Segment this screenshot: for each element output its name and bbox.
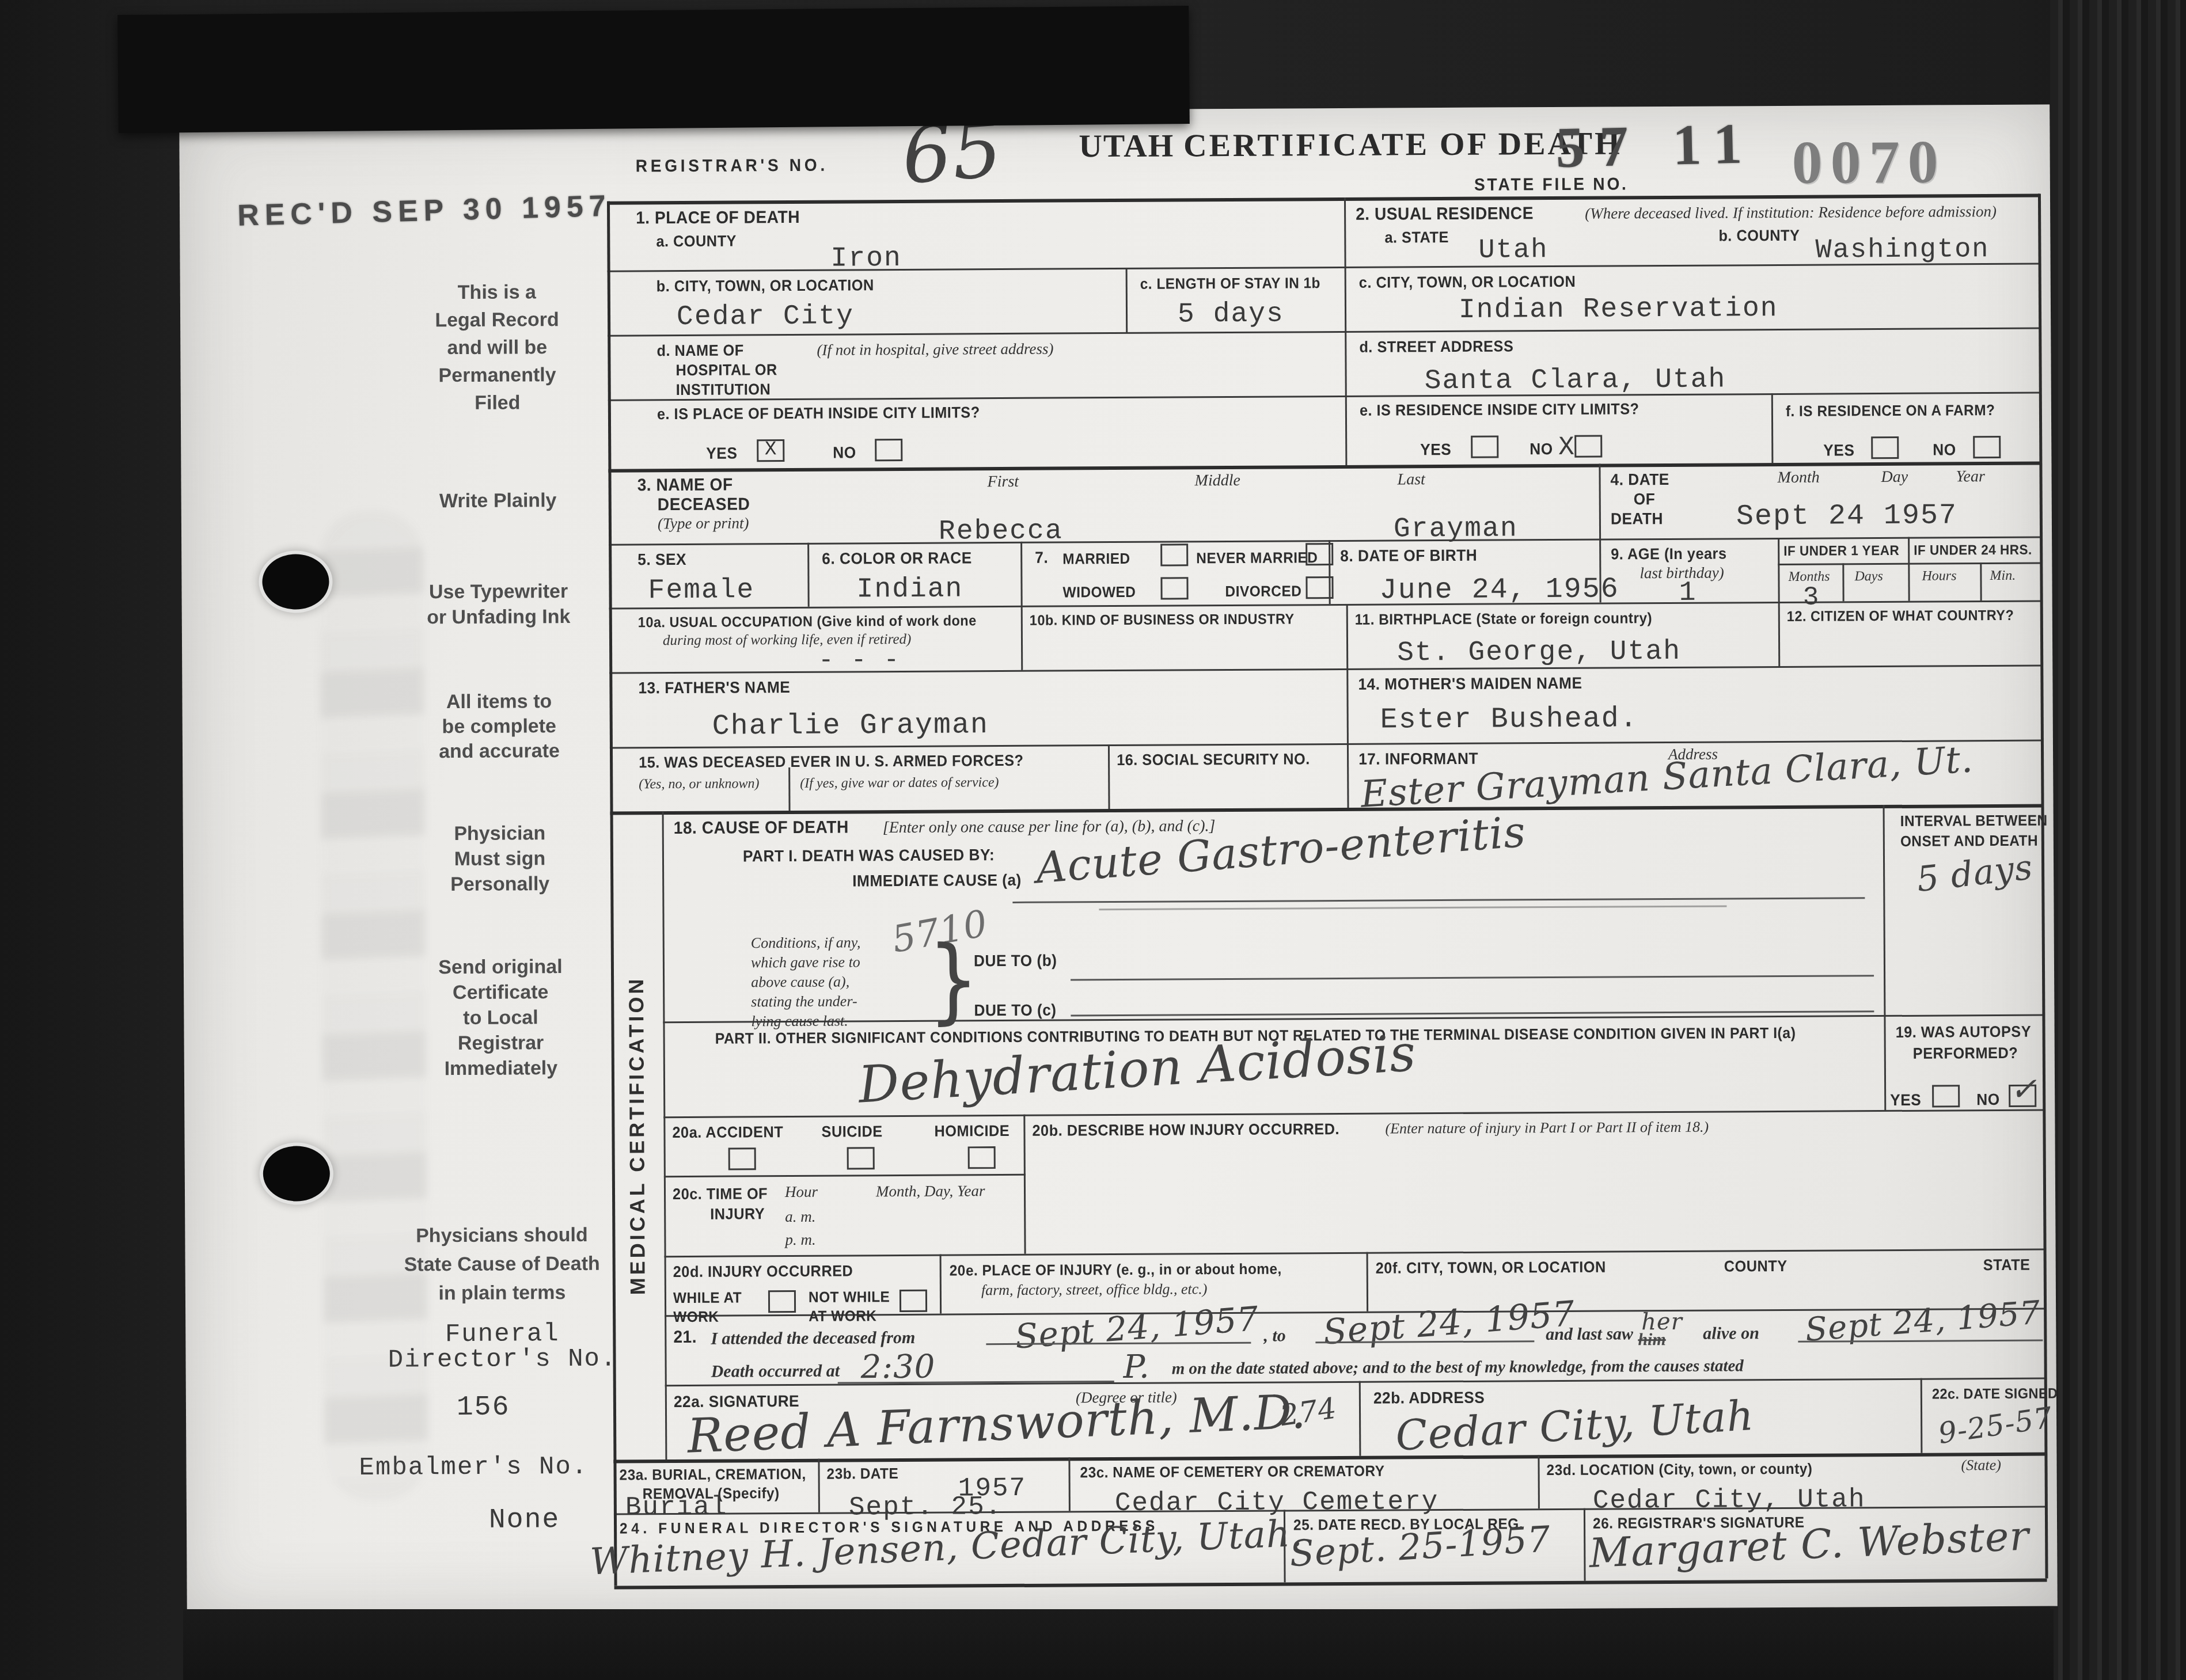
- s11-label: 11. BIRTHPLACE (State or foreign country…: [1355, 609, 1652, 629]
- s20f-county: COUNTY: [1724, 1257, 1787, 1276]
- s4-year-label: Year: [1956, 467, 1984, 486]
- s22c-label: 22c. DATE SIGNED: [1932, 1385, 2058, 1402]
- s18-title: 18. CAUSE OF DEATH: [674, 818, 849, 838]
- s19-yes-checkbox: [1932, 1085, 1960, 1107]
- s2c-label: c. CITY, TOWN, OR LOCATION: [1359, 273, 1576, 292]
- s3-title2: DECEASED: [658, 495, 750, 515]
- s20b-note: (Enter nature of injury in Part I or Par…: [1385, 1119, 1709, 1138]
- s2d-value: Santa Clara, Utah: [1425, 364, 1726, 397]
- s1d-label2: HOSPITAL OR: [675, 361, 777, 379]
- s2f-label: f. IS RESIDENCE ON A FARM?: [1786, 401, 1995, 420]
- s23a-label1: 23a. BURIAL, CREMATION,: [619, 1465, 806, 1484]
- s1c-label: c. LENGTH OF STAY IN 1b: [1140, 274, 1320, 293]
- s21-to: , to: [1263, 1326, 1286, 1345]
- s20a-homicide-checkbox: [968, 1146, 996, 1169]
- s2d-label: d. STREET ADDRESS: [1359, 337, 1513, 356]
- s4-day-label: Day: [1881, 468, 1908, 486]
- s9-value: 1: [1679, 577, 1697, 609]
- s20c-mdy: Month, Day, Year: [876, 1182, 985, 1200]
- s15-label: 15. WAS DECEASED EVER IN U. S. ARMED FOR…: [639, 752, 1024, 771]
- s19-label1: 19. WAS AUTOPSY: [1896, 1023, 2032, 1042]
- s2e-no: NO: [1530, 440, 1553, 458]
- s13-value: Charlie Grayman: [712, 709, 989, 743]
- s1b-label: b. CITY, TOWN, OR LOCATION: [656, 276, 874, 295]
- s2-title-note: (Where deceased lived. If institution: R…: [1585, 203, 1997, 223]
- s20c-label1: 20c. TIME OF: [673, 1185, 768, 1203]
- s3-middle-label: Middle: [1194, 472, 1240, 490]
- s10a-label1: 10a. USUAL OCCUPATION (Give kind of work…: [638, 613, 977, 631]
- s20f-label: 20f. CITY, TOWN, OR LOCATION: [1376, 1259, 1606, 1278]
- book-spine-right: [2050, 0, 2186, 1680]
- s2-title: 2. USUAL RESIDENCE: [1356, 204, 1534, 225]
- s1d-label3: INSTITUTION: [676, 381, 771, 399]
- s4-value: Sept 24 1957: [1736, 499, 1957, 533]
- state-file-no-handwritten: 57 11: [1555, 110, 1758, 181]
- s21-line2b: m on the date stated above; and to the b…: [1172, 1356, 1744, 1378]
- s22c-value: 9-25-57: [1936, 1401, 2055, 1450]
- s20c-hour: Hour: [785, 1183, 818, 1201]
- s9-under1-label: IF UNDER 1 YEAR: [1783, 543, 1899, 560]
- s18-conditions: Conditions, if any, which gave rise to a…: [751, 933, 862, 1031]
- s1b-value: Cedar City: [677, 301, 854, 333]
- s21-line1c: alive on: [1703, 1324, 1759, 1344]
- s21-line1b: and last saw: [1546, 1324, 1633, 1344]
- s12-label: 12. CITIZEN OF WHAT COUNTRY?: [1787, 607, 2014, 625]
- s19-no: NO: [1976, 1090, 2000, 1109]
- s6-label: 6. COLOR OR RACE: [822, 549, 972, 568]
- scanned-death-certificate: REC'D SEP 30 1957 This is a Legal Record…: [0, 0, 2186, 1680]
- s20a-suicide: SUICIDE: [821, 1123, 882, 1141]
- s20d-while-checkbox: [768, 1290, 796, 1313]
- s3-first-value: Rebecca: [939, 515, 1063, 547]
- bottom-shadow: [183, 1609, 2054, 1680]
- s20d-notwhile2: AT WORK: [809, 1307, 876, 1325]
- s10b-label: 10b. KIND OF BUSINESS OR INDUSTRY: [1030, 611, 1295, 629]
- s5-label: 5. SEX: [637, 550, 686, 569]
- s6-value: Indian: [856, 573, 963, 605]
- s1a-value: Iron: [830, 243, 901, 275]
- received-date-stamp: REC'D SEP 30 1957: [237, 189, 612, 233]
- punch-hole-top: [262, 554, 329, 610]
- s20a-accident-checkbox: [728, 1147, 756, 1170]
- s20d-notwhile-checkbox: [900, 1290, 927, 1312]
- s20e-label2: farm, factory, street, office bldg., etc…: [981, 1280, 1208, 1299]
- s23d-value: Cedar City, Utah: [1593, 1484, 1866, 1515]
- s3-last-label: Last: [1397, 470, 1425, 489]
- s20a-homicide: HOMICIDE: [934, 1122, 1009, 1141]
- show-through-smudge: [320, 510, 428, 1501]
- s20d-while1: WHILE AT: [673, 1288, 742, 1307]
- s7-divorced: DIVORCED: [1225, 582, 1301, 600]
- s7-divorced-checkbox: [1305, 576, 1333, 599]
- s4-title2: OF: [1634, 490, 1656, 508]
- form-title: UTAH CERTIFICATE OF DEATH: [1079, 125, 1622, 165]
- s3-title1: 3. NAME OF: [637, 475, 733, 495]
- s18-immediate: IMMEDIATE CAUSE (a): [852, 871, 1022, 891]
- s4-title1: 4. DATE: [1610, 470, 1669, 489]
- s2b-label: b. COUNTY: [1718, 227, 1800, 245]
- s4-title3: DEATH: [1611, 510, 1663, 528]
- s18-part1: PART I. DEATH WAS CAUSED BY:: [743, 846, 995, 865]
- s1d-label1: d. NAME OF: [656, 341, 744, 360]
- s23d-label: 23d. LOCATION (City, town, or county): [1546, 1460, 1812, 1479]
- s1e-no-checkbox: [875, 439, 902, 461]
- s21-line2a: Death occurred at: [711, 1362, 840, 1382]
- certificate-paper: REC'D SEP 30 1957 This is a Legal Record…: [179, 105, 2058, 1616]
- s20c-label2: INJURY: [710, 1205, 765, 1223]
- s2e-no-checkbox: [1574, 435, 1602, 458]
- s20e-label1: 20e. PLACE OF INJURY (e. g., in or about…: [950, 1260, 1282, 1280]
- s7-never-married-checkbox: [1305, 543, 1333, 565]
- s15-note1: (Yes, no, or unknown): [639, 776, 759, 792]
- registrars-no-label: REGISTRAR'S NO.: [636, 156, 828, 177]
- note-write-plainly: Write Plainly: [377, 486, 619, 515]
- s20d-label: 20d. INJURY OCCURRED: [673, 1262, 853, 1281]
- s20d-while2: WORK: [673, 1308, 719, 1326]
- s1c-value: 5 days: [1178, 298, 1284, 330]
- s4-month-label: Month: [1777, 469, 1819, 487]
- s13-label: 13. FATHER'S NAME: [638, 678, 790, 697]
- overlay-dark-sheet: [117, 6, 1190, 133]
- s16-label: 16. SOCIAL SECURITY NO.: [1117, 750, 1310, 769]
- s2b-value: Washington: [1815, 234, 1989, 266]
- note-legal-record: This is a Legal Record and will be Perma…: [376, 278, 618, 417]
- s2e-yes: YES: [1420, 440, 1451, 459]
- s21-num: 21.: [673, 1328, 697, 1347]
- s7-never-married: NEVER MARRIED: [1196, 549, 1318, 567]
- punch-hole-bottom: [263, 1146, 331, 1202]
- s7-married: MARRIED: [1062, 550, 1130, 568]
- s2e-label: e. IS RESIDENCE INSIDE CITY LIMITS?: [1360, 400, 1639, 420]
- s21-time: 2:30: [860, 1348, 935, 1386]
- s1d-note: (If not in hospital, give street address…: [817, 340, 1053, 359]
- s9-hours-label: Hours: [1922, 568, 1956, 584]
- s21-date2: Sept 24, 1957: [1322, 1294, 1576, 1353]
- s21-p: P.: [1123, 1348, 1149, 1386]
- s9-min-label: Min.: [1990, 568, 2016, 584]
- s11-value: St. George, Utah: [1397, 636, 1681, 669]
- state-file-no-stamped: 0070: [1792, 127, 1946, 197]
- s7-widowed-checkbox: [1160, 577, 1188, 599]
- s3-first-label: First: [987, 473, 1019, 491]
- s23d-state-label: (State): [1961, 1457, 2001, 1474]
- s20d-notwhile1: NOT WHILE: [809, 1288, 890, 1306]
- s2c-value: Indian Reservation: [1459, 293, 1778, 326]
- s15-note2: (If yes, give war or dates of service): [800, 775, 999, 792]
- s20f-state: STATE: [1983, 1256, 2031, 1274]
- s2f-no-checkbox: [1973, 436, 2001, 458]
- s23a-value: Burial: [625, 1492, 728, 1523]
- funeral-director-no-value: 156: [457, 1392, 510, 1423]
- s21-date1: Sept 24, 1957: [1014, 1299, 1260, 1356]
- s9-under24-label: IF UNDER 24 HRS.: [1914, 542, 2032, 559]
- s1e-yes: YES: [706, 444, 737, 462]
- s18-interval-value: 5 days: [1915, 847, 2035, 900]
- s2e-no-x: X: [1558, 432, 1576, 462]
- s2a-value: Utah: [1478, 235, 1548, 266]
- s19-yes: YES: [1890, 1091, 1921, 1109]
- s20a-suicide-checkbox: [847, 1147, 875, 1169]
- form-title-state: UTAH: [1079, 128, 1174, 164]
- s9-days-label: Days: [1854, 569, 1883, 584]
- s23c-label: 23c. NAME OF CEMETERY OR CREMATORY: [1080, 1462, 1384, 1482]
- s1-title: 1. PLACE OF DEATH: [636, 208, 800, 228]
- s17-label: 17. INFORMANT: [1358, 750, 1478, 769]
- s14-label: 14. MOTHER'S MAIDEN NAME: [1358, 674, 1582, 694]
- s21-line1a: I attended the deceased from: [711, 1328, 915, 1349]
- s2f-no: NO: [1933, 440, 1956, 459]
- s14-value: Ester Bushead.: [1380, 702, 1638, 736]
- s10a-value: - - -: [818, 646, 900, 675]
- s23b-label: 23b. DATE: [826, 1465, 898, 1483]
- s3-last-value: Grayman: [1394, 513, 1518, 545]
- s18-brace: }: [928, 926, 980, 1035]
- s7-married-checkbox: [1160, 543, 1188, 566]
- s20c-am: a. m.: [785, 1208, 815, 1226]
- s20c-pm: p. m.: [785, 1231, 815, 1249]
- s18-interval2: ONSET AND DEATH: [1900, 832, 2038, 850]
- s8-value: June 24, 1956: [1379, 573, 1619, 607]
- s18-interval1: INTERVAL BETWEEN: [1900, 812, 2048, 830]
- s19-label2: PERFORMED?: [1913, 1044, 2018, 1063]
- s1e-label: e. IS PLACE OF DEATH INSIDE CITY LIMITS?: [657, 404, 980, 423]
- s5-value: Female: [648, 575, 754, 606]
- s22b-label: 22b. ADDRESS: [1373, 1389, 1485, 1408]
- s2a-label: a. STATE: [1384, 229, 1449, 247]
- s7-num: 7.: [1035, 549, 1048, 567]
- s19-no-checkmark: ✓: [2010, 1071, 2037, 1108]
- embalmers-no-value: None: [489, 1504, 560, 1536]
- s2f-yes-checkbox: [1871, 436, 1899, 459]
- s21-him-struck: him: [1638, 1330, 1666, 1350]
- s1e-yes-checkbox: X: [757, 439, 784, 462]
- s2f-yes: YES: [1823, 441, 1854, 459]
- s9-label1: 9. AGE (In years: [1611, 545, 1726, 563]
- s2e-yes-checkbox: [1471, 436, 1498, 458]
- medical-certification-side-label: MEDICAL CERTIFICATION: [609, 811, 666, 1459]
- s18-due-c: DUE TO (c): [974, 1001, 1056, 1020]
- s1e-no: NO: [833, 443, 856, 462]
- s8-label: 8. DATE OF BIRTH: [1340, 546, 1477, 565]
- s7-widowed: WIDOWED: [1062, 583, 1136, 602]
- s20a-accident: 20a. ACCIDENT: [672, 1123, 783, 1142]
- s1a-label: a. COUNTY: [656, 232, 737, 250]
- s3-title3: (Type or print): [658, 514, 749, 533]
- s20b-label: 20b. DESCRIBE HOW INJURY OCCURRED.: [1032, 1120, 1339, 1140]
- s18-due-b: DUE TO (b): [974, 952, 1057, 971]
